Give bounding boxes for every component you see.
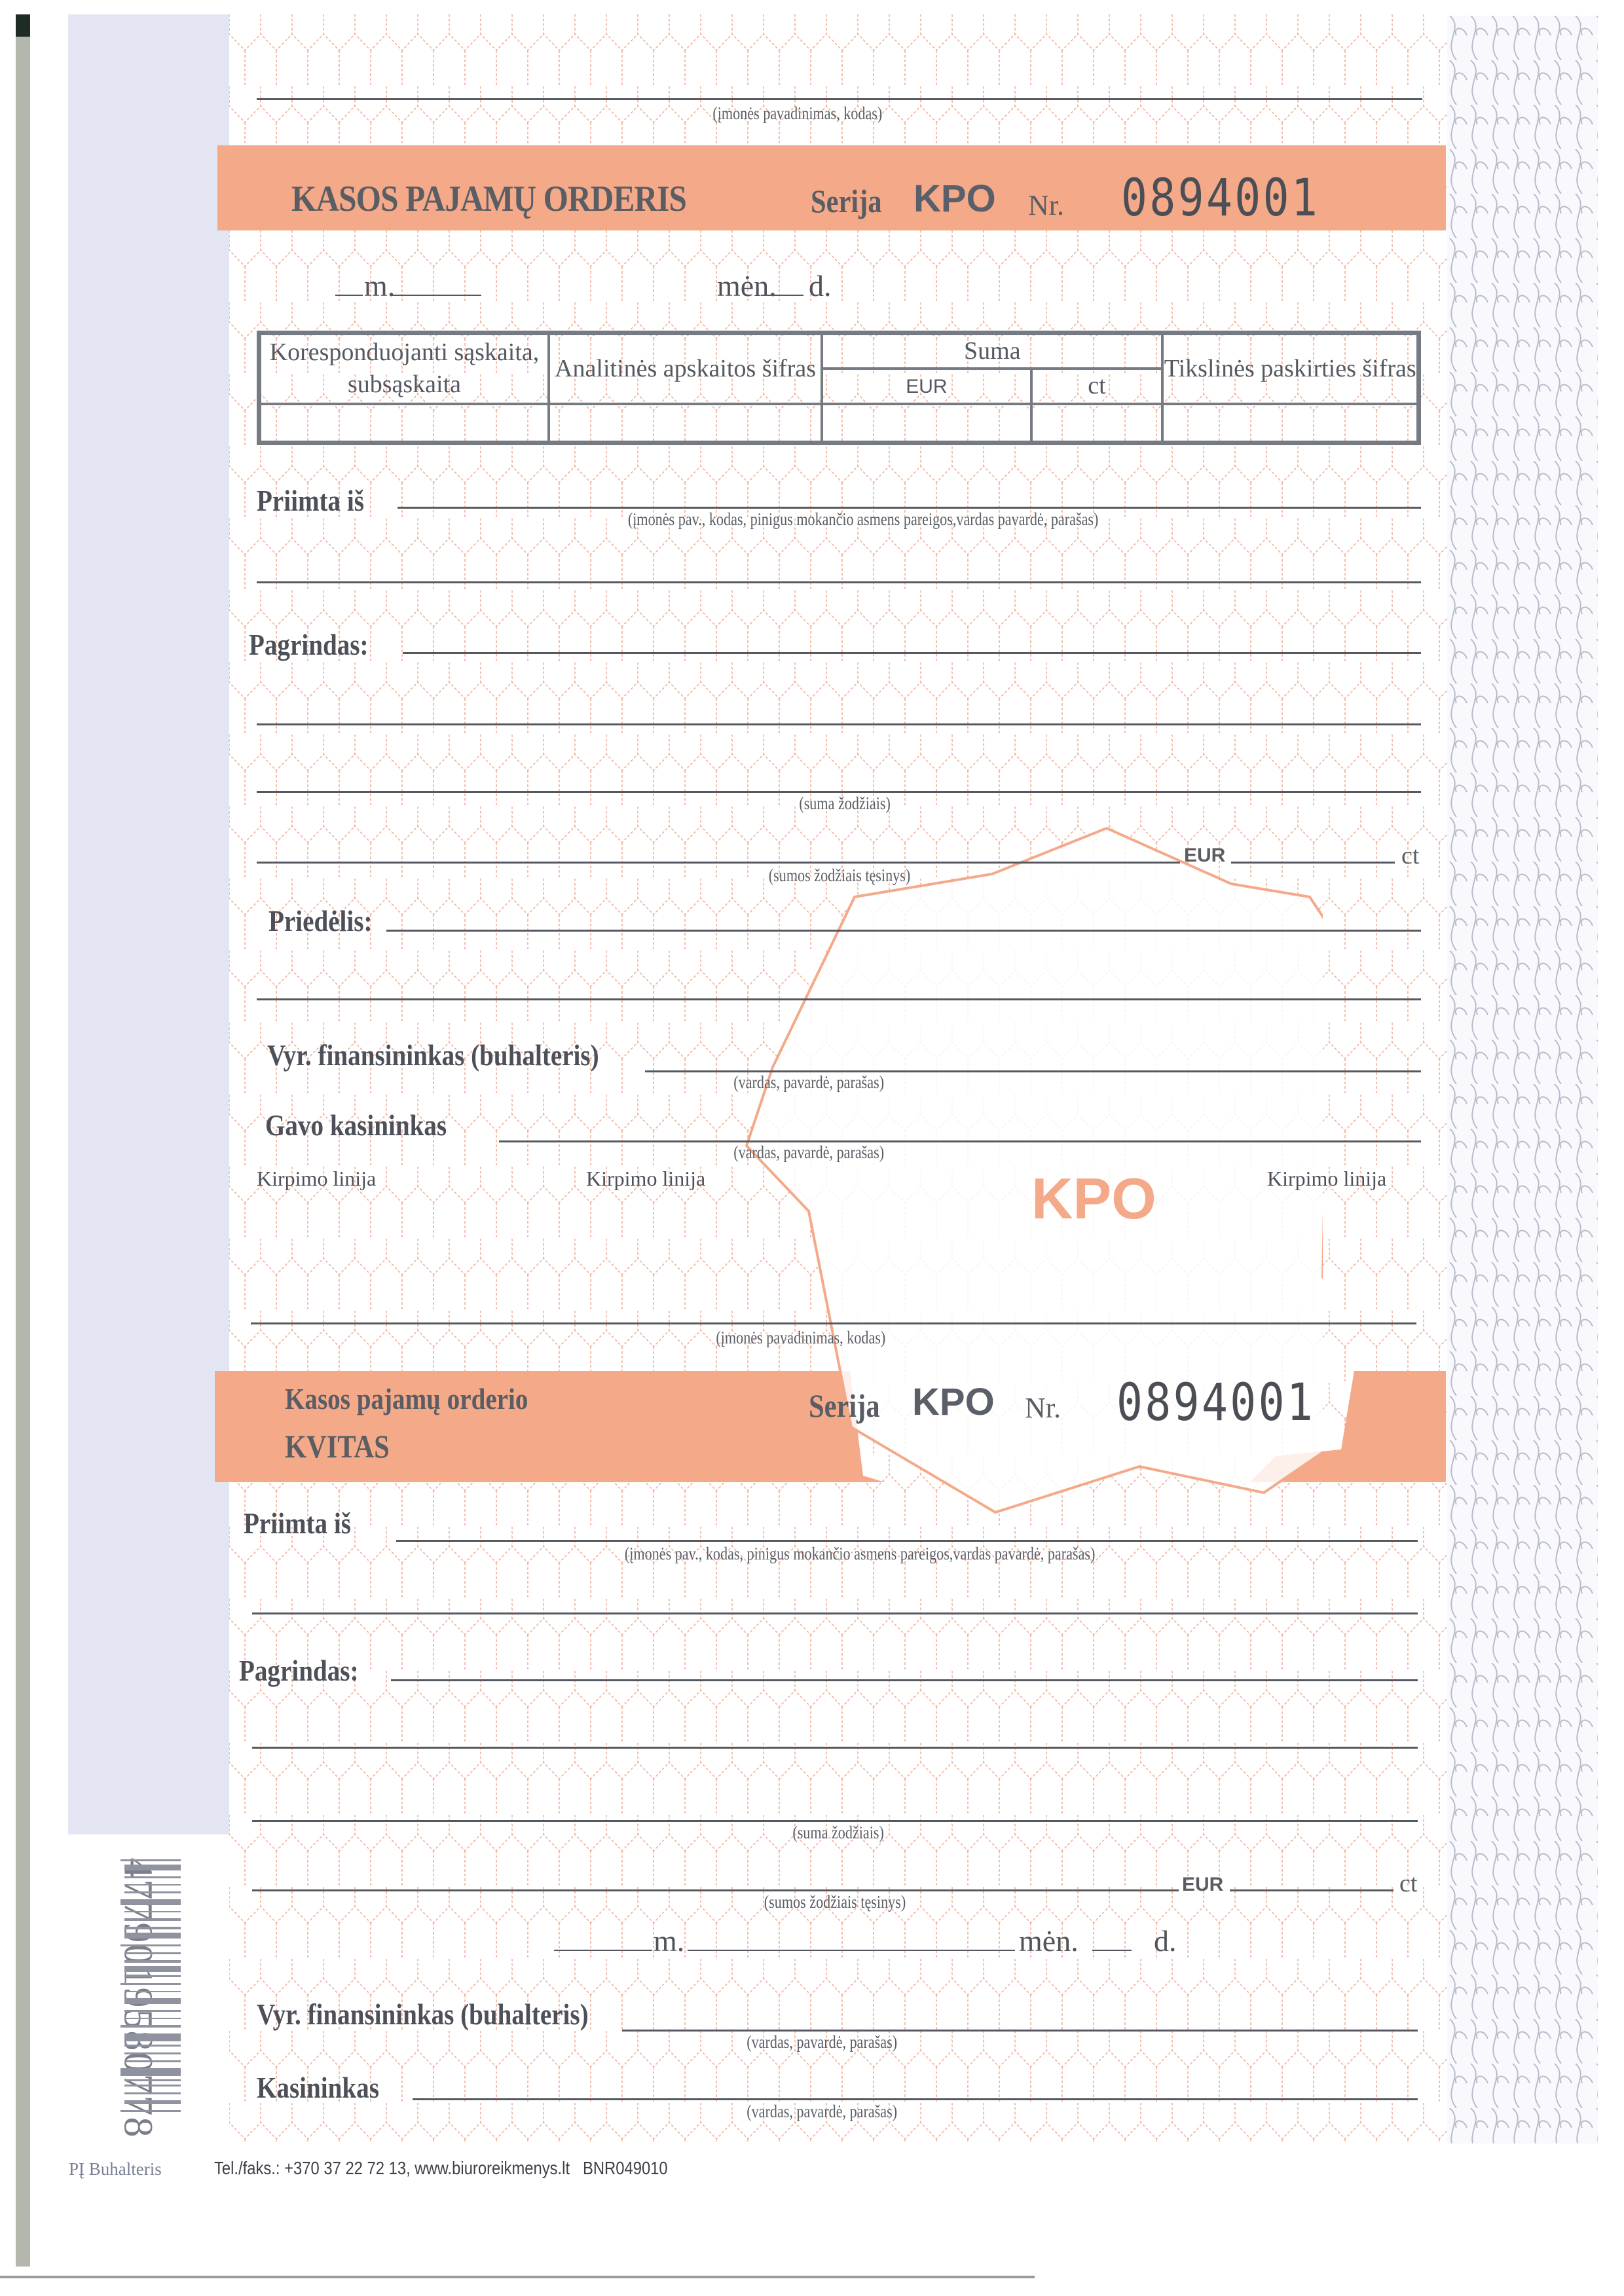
received-from-label: Priimta iš (257, 483, 364, 518)
receipt-year-field[interactable] (554, 1950, 652, 1951)
basis-label: Pagrindas: (249, 627, 368, 662)
receipt-chief-accountant-label: Vyr. finansininkas (buhalteris) (257, 1997, 589, 2032)
sum-words-cont-field[interactable] (257, 862, 1180, 864)
receipt-number: 0894001 (1116, 1374, 1315, 1432)
receipt-basis-field[interactable] (391, 1679, 1418, 1681)
attachment-label: Priedėlis: (268, 903, 373, 938)
cut-line-label-left: Kirpimo linija (257, 1167, 376, 1191)
cell-ct[interactable] (1031, 404, 1163, 443)
receipt-received-from-label: Priimta iš (244, 1506, 351, 1540)
receipt-currency: EUR (1182, 1874, 1223, 1896)
stamp-kpo-text: KPO (1031, 1165, 1156, 1232)
year-suffix: m. (364, 268, 395, 303)
received-from-field-2[interactable] (257, 581, 1421, 583)
receipt-received-from-hint: (įmonės pav., kodas, pinigus mokančio as… (625, 1544, 1096, 1564)
receipt-cents: ct (1399, 1869, 1417, 1898)
receipt-chief-accountant-signature[interactable] (622, 2030, 1418, 2032)
footer-contact: Tel./faks.: +370 37 22 72 13, www.biuror… (214, 2158, 570, 2179)
receipt-received-from-field[interactable] (396, 1540, 1418, 1542)
receipt-day-suffix: d. (1154, 1923, 1177, 1958)
receipt-month-suffix: mėn. (1019, 1923, 1079, 1958)
receipt-title-line1: Kasos pajamų orderio (285, 1381, 528, 1416)
footer-code: BNR049010 (583, 2158, 668, 2179)
day-field[interactable] (761, 295, 803, 296)
sum-words-hint: (suma žodžiais) (799, 793, 891, 814)
order-title: KASOS PAJAMŲ ORDERIS (291, 178, 686, 220)
receipt-company-hint: (įmonės pavadinimas, kodas) (716, 1328, 885, 1348)
receipt-title-line2: KVITAS (285, 1427, 390, 1465)
sum-words-field[interactable] (257, 791, 1421, 793)
cashier-received-hint: (vardas, pavardė, parašas) (733, 1142, 884, 1163)
receipt-year-suffix: m. (654, 1923, 684, 1958)
order-number: 0894001 (1121, 169, 1319, 228)
cell-eur[interactable] (822, 404, 1031, 443)
company-hint: (įmonės pavadinimas, kodas) (712, 103, 882, 124)
receipt-sum-words-cont-field[interactable] (252, 1889, 1179, 1891)
basis-field-2[interactable] (257, 723, 1421, 725)
receipt-sum-words-field[interactable] (252, 1820, 1418, 1822)
order-number-label: Nr. (1028, 189, 1064, 222)
receipt-received-from-field-2[interactable] (252, 1613, 1418, 1614)
receipt-cashier-signature[interactable] (413, 2098, 1418, 2100)
receipt-series-label: Serija (809, 1387, 880, 1425)
col-header-analytic: Analitinės apskaitos šifras (549, 333, 822, 404)
footer-publisher: PĮ Buhalteris (69, 2159, 162, 2179)
day-suffix: d. (809, 268, 832, 303)
receipt-company-line[interactable] (251, 1322, 1416, 1324)
receipt-sum-words-hint: (suma žodžiais) (792, 1823, 884, 1843)
receipt-day-field[interactable] (1092, 1950, 1132, 1951)
receipt-basis-field-2[interactable] (252, 1747, 1418, 1749)
col-header-purpose: Tikslinės paskirties šifras (1162, 333, 1418, 404)
guilloche-border (1447, 16, 1598, 2143)
scan-bottom-edge (0, 2276, 1035, 2278)
receipt-basis-label: Pagrindas: (239, 1653, 358, 1688)
accounting-table: Koresponduojanti sąskaita, subsąskaita A… (257, 331, 1421, 445)
order-cents: ct (1401, 841, 1419, 870)
cut-line-label-right: Kirpimo linija (1267, 1167, 1386, 1191)
receipt-number-label: Nr. (1025, 1391, 1061, 1425)
month-suffix: mėn. (717, 268, 777, 303)
receipt-cashier-hint: (vardas, pavardė, parašas) (747, 2102, 897, 2122)
receipt-sum-words-cont-hint: (sumos žodžiais tęsinys) (764, 1892, 906, 1912)
barcode: 4779019580778 (98, 1854, 196, 2123)
receipt-cents-field[interactable] (1230, 1889, 1393, 1891)
cashier-received-signature[interactable] (499, 1140, 1421, 1142)
year-field[interactable] (335, 295, 363, 296)
received-from-hint: (įmonės pav., kodas, pinigus mokančio as… (628, 509, 1099, 530)
month-field[interactable] (390, 295, 481, 296)
col-header-ct: ct (1031, 369, 1163, 403)
chief-accountant-label: Vyr. finansininkas (buhalteris) (267, 1038, 599, 1072)
received-from-field[interactable] (397, 507, 1421, 509)
receipt-chief-accountant-hint: (vardas, pavardė, parašas) (747, 2032, 897, 2052)
table-row (259, 404, 1419, 443)
basis-field[interactable] (403, 652, 1421, 654)
cut-line-label-center: Kirpimo linija (586, 1167, 705, 1191)
receipt-month-field[interactable] (688, 1950, 1015, 1951)
cashier-received-label: Gavo kasininkas (265, 1108, 447, 1142)
receipt-cashier-label: Kasininkas (257, 2070, 379, 2105)
col-header-sum: Suma (822, 333, 1162, 369)
sum-words-cont-hint: (sumos žodžiais tęsinys) (769, 866, 910, 886)
cell-analytic[interactable] (549, 404, 822, 443)
chief-accountant-hint: (vardas, pavardė, parašas) (733, 1072, 884, 1093)
scan-edge-bar (16, 14, 30, 2267)
order-series: KPO (913, 177, 996, 221)
cell-account[interactable] (259, 404, 549, 443)
attachment-field-2[interactable] (257, 998, 1421, 1000)
binding-stub (68, 14, 229, 1834)
order-currency: EUR (1184, 845, 1225, 867)
order-series-label: Serija (811, 182, 882, 220)
company-line[interactable] (257, 98, 1422, 100)
cell-purpose[interactable] (1162, 404, 1418, 443)
col-header-eur: EUR (822, 369, 1031, 403)
cents-field[interactable] (1231, 862, 1395, 864)
attachment-field[interactable] (386, 930, 1421, 932)
receipt-series: KPO (912, 1380, 995, 1424)
col-header-account: Koresponduojanti sąskaita, subsąskaita (259, 333, 549, 404)
